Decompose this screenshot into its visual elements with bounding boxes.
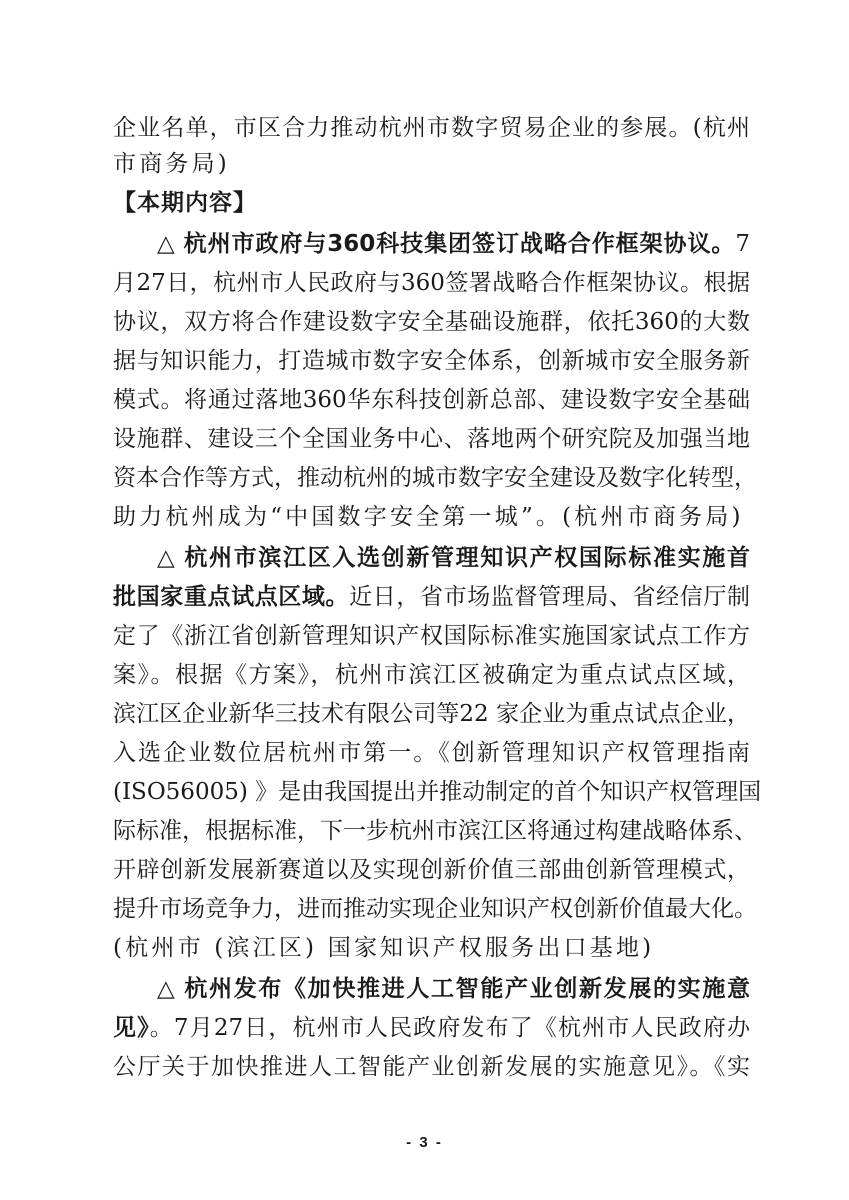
document-page: 企业名单，市区合力推动杭州市数字贸易企业的参展。(杭州 市商务局) 【本期内容】… <box>0 0 849 1200</box>
paragraph-text: 。7月27日，杭州市人民政府发布了《杭州市人民政府办 <box>150 1015 750 1041</box>
article-title-line: △杭州市政府与360科技集团签订战略合作框架协议。7 <box>113 226 750 262</box>
paragraph-line: 际标准，根据标准，下一步杭州市滨江区将通过构建战略体系、 <box>113 813 750 849</box>
article-title: 杭州市政府与360科技集团签订战略合作框架协议。 <box>184 231 736 257</box>
paragraph-line: (杭州市 (滨江区) 国家知识产权服务出口基地) <box>113 930 750 966</box>
paragraph-line: 企业名单，市区合力推动杭州市数字贸易企业的参展。(杭州 <box>113 110 750 146</box>
article-title-line: 批国家重点试点区域。近日，省市场监督管理局、省经信厅制 <box>113 579 750 615</box>
article-title: 杭州市滨江区入选创新管理知识产权国际标准实施首 <box>184 545 750 571</box>
paragraph-line: 公厅关于加快推进人工智能产业创新发展的实施意见》。《实 <box>113 1049 750 1085</box>
paragraph-line: 案》。根据《方案》，杭州市滨江区被确定为重点试点区域， <box>113 657 750 693</box>
triangle-bullet-icon: △ <box>157 976 176 1002</box>
paragraph-line: 据与知识能力，打造城市数字安全体系，创新城市安全服务新 <box>113 343 750 379</box>
article-title-line: △杭州发布《加快推进人工智能产业创新发展的实施意 <box>113 971 750 1007</box>
triangle-bullet-icon: △ <box>157 231 176 257</box>
page-number: - 3 - <box>0 1134 849 1151</box>
paragraph-line: 入选企业数位居杭州市第一。《创新管理知识产权管理指南 <box>113 735 750 771</box>
paragraph-line: 助力杭州成为“中国数字安全第一城”。(杭州市商务局) <box>113 499 750 535</box>
paragraph-line: 滨江区企业新华三技术有限公司等22 家企业为重点试点企业， <box>113 696 750 732</box>
paragraph-line: 设施群、建设三个全国业务中心、落地两个研究院及加强当地 <box>113 421 750 457</box>
paragraph-line: 月27日，杭州市人民政府与360签署战略合作框架协议。根据 <box>113 265 750 301</box>
paragraph-text: 近日，省市场监督管理局、省经信厅制 <box>349 584 750 610</box>
paragraph-text: 7 <box>735 231 750 257</box>
paragraph-line: 提升市场竞争力，进而推动实现企业知识产权创新价值最大化。 <box>113 891 750 927</box>
triangle-bullet-icon: △ <box>157 545 176 571</box>
paragraph-line: 定了《浙江省创新管理知识产权国际标准实施国家试点工作方 <box>113 618 750 654</box>
article-title: 批国家重点试点区域。 <box>113 584 349 610</box>
article-title-line: △杭州市滨江区入选创新管理知识产权国际标准实施首 <box>113 540 750 576</box>
paragraph-line: 协议，双方将合作建设数字安全基础设施群，依托360的大数 <box>113 304 750 340</box>
article-title-line: 见》。7月27日，杭州市人民政府发布了《杭州市人民政府办 <box>113 1010 750 1046</box>
paragraph-line: 市商务局) <box>113 146 750 182</box>
paragraph-line: 模式。将通过落地360华东科技创新总部、建设数字安全基础 <box>113 382 750 418</box>
paragraph-line: (ISO56005) 》是由我国提出并推动制定的首个知识产权管理国 <box>113 774 750 810</box>
section-heading: 【本期内容】 <box>113 185 750 221</box>
paragraph-line: 资本合作等方式，推动杭州的城市数字安全建设及数字化转型， <box>113 460 750 496</box>
article-title: 杭州发布《加快推进人工智能产业创新发展的实施意 <box>184 976 750 1002</box>
paragraph-line: 开辟创新发展新赛道以及实现创新价值三部曲创新管理模式， <box>113 852 750 888</box>
article-title: 见》 <box>113 1015 150 1041</box>
